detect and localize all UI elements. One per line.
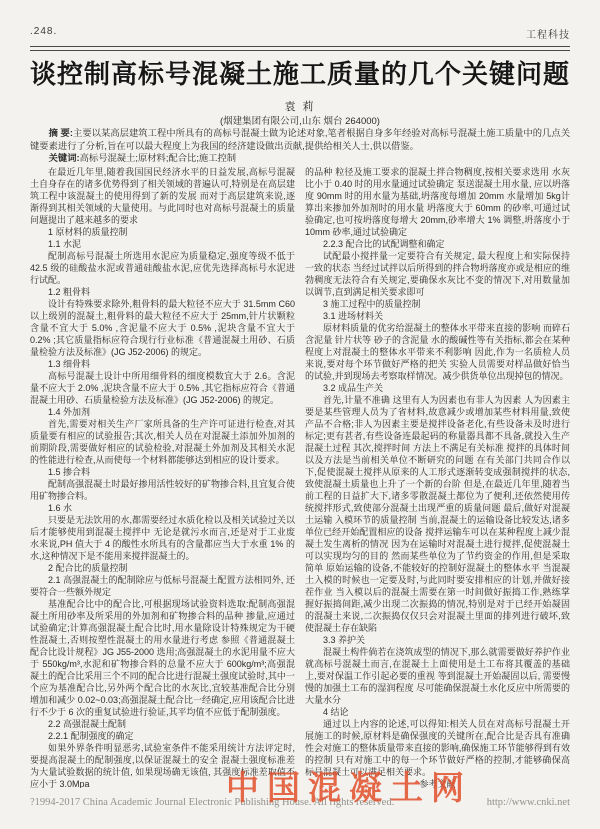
paragraph: 配制高强混凝土时最好掺用活性较好的矿物掺合料,且宜复合使用矿物掺合料。 (30, 478, 295, 502)
paragraph: 高标号混凝土设计中所用细骨料的细度模数宜大于 2.6。含泥量不应大于 2.0% … (30, 370, 295, 406)
keywords-label: 关键词: (49, 153, 80, 163)
paragraph: 的品种 粒径及施工要求的混凝土拌合物稠度,按相关要求选用 水灰比小于 0.40 … (305, 166, 570, 238)
paragraph: 在最近几年里,随着我国国民经济水平的日益发展,高标号混凝土自身存在的诸多优势得到… (30, 166, 295, 226)
section-heading: 3 施工过程中的质量控制 (305, 298, 570, 310)
section-heading: 2.2.3 配合比的试配调整和确定 (305, 238, 570, 250)
section-heading: 4 结论 (305, 706, 570, 718)
section-heading: 2.2 高强混凝土配制 (30, 718, 295, 730)
paragraph: 基准配合比中的配合比,可根据现场试验资料选取:配制高强混凝土所用砂率及所采用的外… (30, 598, 295, 718)
cnki-url: http://www.cnki.net (487, 797, 570, 808)
section-heading: 1.2 粗骨料 (30, 286, 295, 298)
section-heading: 3.1 进场材料关 (305, 310, 570, 322)
section-heading: 2 配合比的质量控制 (30, 562, 295, 574)
abstract-label: 摘 要: (49, 128, 73, 138)
paragraph: 只要是无法饮用的水,都需要经过水质化检以及相关试验过关以后才能够使用到混凝土搅拌… (30, 514, 295, 562)
left-column: 在最近几年里,随着我国国民经济水平的日益发展,高标号混凝土自身存在的诸多优势得到… (30, 166, 295, 788)
paragraph: 原材料质量的优劣给混凝土的整体水平带来直接的影响 而碎石含泥量 针片状等 砂子的… (305, 322, 570, 382)
section-heading: 2.2.1 配制强度的确定 (30, 730, 295, 742)
section-heading: 1.4 外加剂 (30, 406, 295, 418)
document-page: .248. 工程科技 谈控制高标号混凝土施工质量的几个关键问题 袁 莉 (烟建集… (0, 0, 600, 829)
paragraph: 配制高标号混凝土所选用水泥应为质量稳定,强度等级不低于 42.5 级的硅酸盐水泥… (30, 250, 295, 286)
keywords-text: 高标号混凝土;原材料;配合比;施工控制 (80, 153, 237, 163)
paragraph: 首先,需要对相关生产厂家所具备的生产许可证进行检查,对其质量要有相应的试验报告;… (30, 418, 295, 466)
site-watermark: 中国混凝土网 (226, 762, 472, 809)
article-affiliation: (烟建集团有限公司,山东 烟台 264000) (0, 113, 600, 127)
paragraph: 设计有特殊要求除外,粗骨料的最大粒径不应大于 31.5mm C60 以上级别的混… (30, 298, 295, 358)
abstract-block: 摘 要:主要以某高层建筑工程中所具有的高标号混凝土做为论述对象,笔者根据自身多年… (30, 127, 570, 165)
abstract-paragraph: 摘 要:主要以某高层建筑工程中所具有的高标号混凝土做为论述对象,笔者根据自身多年… (30, 127, 570, 152)
section-heading: 1 原材料的质量控制 (30, 226, 295, 238)
section-heading: 2.1 高强混凝土的配制除应与低标号混凝土配置方法相同外, 还要符合一些额外规定 (30, 574, 295, 598)
abstract-text: 主要以某高层建筑工程中所具有的高标号混凝土做为论述对象,笔者根据自身多年经验对高… (30, 128, 570, 151)
article-title: 谈控制高标号混凝土施工质量的几个关键问题 (0, 54, 600, 91)
running-head: .248. 工程科技 (30, 26, 570, 41)
journal-section-label: 工程科技 (526, 26, 570, 41)
page-number: .248. (30, 26, 57, 41)
keywords-paragraph: 关键词:高标号混凝土;原材料;配合比;施工控制 (30, 152, 570, 165)
section-heading: 1.3 细骨料 (30, 358, 295, 370)
right-column: 的品种 粒径及施工要求的混凝土拌合物稠度,按相关要求选用 水灰比小于 0.40 … (305, 166, 570, 788)
article-body: 在最近几年里,随着我国国民经济水平的日益发展,高标号混凝土自身存在的诸多优势得到… (30, 166, 570, 788)
paragraph: 首先,计量不准确 这里有人为因素也有非人为因素 人为因素主要是某些管理人员为了省… (305, 394, 570, 634)
article-author: 袁 莉 (0, 98, 600, 114)
section-heading: 1.1 水泥 (30, 238, 295, 250)
section-heading: 3.3 养护关 (305, 634, 570, 646)
section-heading: 1.6 水 (30, 502, 295, 514)
paragraph: 试配最小搅拌量一定要符合有关规定, 最大程度上和实际保持一致的状态 当经过试拌以… (305, 250, 570, 298)
header-divider (30, 46, 570, 51)
section-heading: 3.2 成品生产关 (305, 382, 570, 394)
section-heading: 1.5 掺合料 (30, 466, 295, 478)
paragraph: 混凝土构件倘若在浇筑成型的情况下,那么就需要做好养护作业 就高标号混凝土而言,在… (305, 646, 570, 706)
